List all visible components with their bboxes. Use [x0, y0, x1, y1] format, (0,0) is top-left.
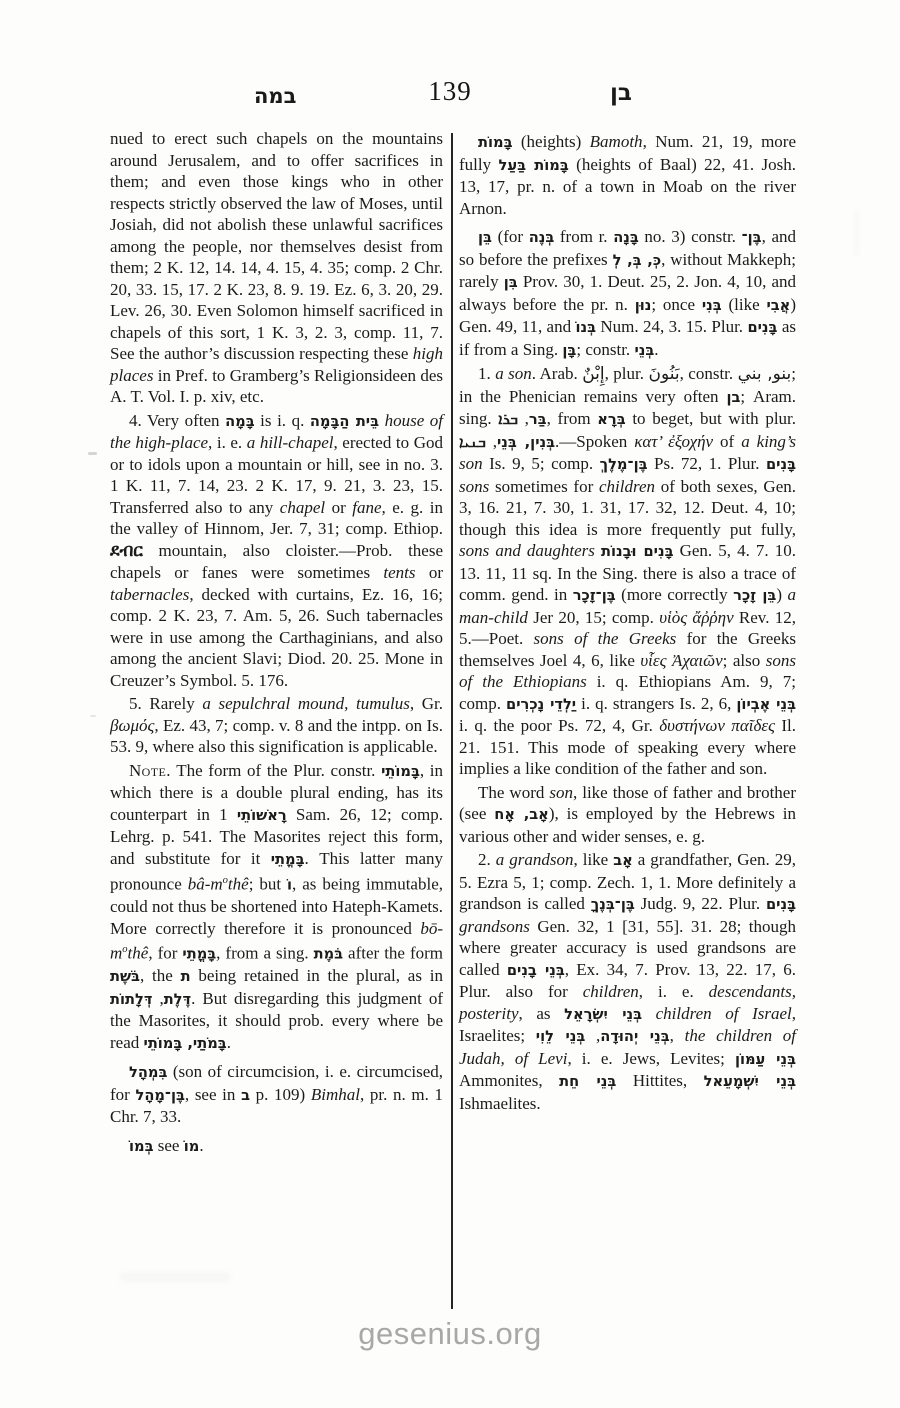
text-run: בְּנֵי חֵת — [559, 1073, 616, 1090]
text-run: בִּן — [504, 274, 518, 291]
text-run: grandsons — [459, 917, 530, 936]
text-run: בֶּן־זָכָר — [573, 587, 616, 604]
text-run: , i. e. — [208, 433, 247, 452]
text-run: , plur. — [605, 364, 649, 383]
text-run: , — [486, 432, 497, 451]
text-run: בְּרָא — [597, 411, 625, 428]
text-run: υἷες Ἀχαιῶν — [640, 651, 722, 670]
text-run: בְּנֶה — [529, 229, 555, 246]
text-run: בְּנֵי לֵוִי — [536, 1028, 586, 1045]
text-run: דֶּלֶת — [164, 991, 191, 1008]
text-run — [642, 1004, 656, 1023]
text-run: נוּן — [635, 297, 652, 314]
text-run: (more correctly — [616, 585, 733, 604]
text-run: , see in — [185, 1085, 241, 1104]
text-run: בֵּן — [478, 229, 492, 246]
text-run: , for — [148, 944, 182, 963]
text-run: i. q. the poor Ps. 72, 4, Gr. — [459, 716, 659, 735]
text-run: , i. e. Jews, Levites; — [567, 1049, 734, 1068]
entry-ben: בֵּן (for בְּנֶה from r. בָּנָה no. 3) c… — [459, 226, 796, 361]
text-run: κατ’ ἐξοχήν — [634, 432, 713, 451]
text-run: being retained in the plural, as in — [191, 966, 443, 985]
text-run: בֶּן־ — [742, 229, 762, 246]
text-run: בְּמוֹ — [129, 1138, 154, 1155]
text-run: ; also — [723, 651, 766, 670]
text-run: Note. — [129, 761, 171, 780]
text-run: , from a sing. — [216, 944, 313, 963]
entry-bemo-crossref: בְּמוֹ see מוֹ. — [110, 1135, 443, 1158]
text-run: children — [599, 477, 655, 496]
text-run: , like — [573, 850, 613, 869]
text-run: אֲבִי — [766, 297, 790, 314]
text-run: כְּ, בְּ, לְ — [613, 252, 662, 269]
scan-artifact — [855, 210, 858, 256]
text-run: ב — [241, 1087, 250, 1104]
text-run: בָּמוֹת — [478, 134, 512, 151]
text-run: בֹּמֶת — [314, 946, 343, 963]
text-run: (heights) — [512, 132, 589, 151]
text-run: , from — [547, 409, 598, 428]
text-run: bâ-m — [188, 875, 223, 894]
text-run: . — [227, 1033, 231, 1052]
text-run: בִּמְהָל — [129, 1064, 167, 1081]
text-run: see — [154, 1136, 184, 1155]
text-run: בְּנֵי בָנִים — [507, 962, 565, 979]
text-run: i. q. strangers Is. 2, 6, — [576, 694, 736, 713]
text-run: ; once — [651, 295, 701, 314]
running-head-right-hebrew: בן — [610, 80, 632, 106]
text-run: إِبْنٌ — [582, 364, 604, 384]
text-run: δυστήνων παῖδες — [659, 716, 775, 735]
note-plural-construct: Note. The form of the Plur. constr. בָּמ… — [110, 760, 443, 1055]
text-run: אָב — [613, 852, 633, 869]
text-run: tents — [383, 563, 415, 582]
text-run: יַלְדֵי נָכְרִים — [506, 696, 576, 713]
text-run: ; constr. — [576, 340, 634, 359]
text-run: דְּלָתוֹת — [110, 991, 152, 1008]
scanned-dictionary-page: במה 139 בן nued to erect such chapels on… — [0, 0, 900, 1408]
text-run: בֶּן־מֶלֶךְ — [600, 456, 648, 473]
text-run: no. 3) constr. — [639, 227, 742, 246]
scan-artifact — [88, 452, 97, 455]
text-run: Bimhal — [311, 1085, 360, 1104]
text-run: בָּנִים — [766, 896, 796, 913]
text-run: בָּמֹתַי, בָּמוֹתֵי — [144, 1035, 227, 1052]
text-run: thê — [228, 875, 249, 894]
column-divider-rule — [451, 133, 453, 1309]
text-run: 2. — [478, 850, 496, 869]
text-run: בָּמֳתֵי — [182, 946, 216, 963]
text-run: ) — [776, 585, 787, 604]
text-run: בָּמוֹת בַּעַל — [499, 157, 569, 174]
scan-artifact — [90, 715, 96, 717]
text-run: after the form — [343, 944, 443, 963]
text-run: , — [518, 409, 529, 428]
text-run: בְּנֵי — [634, 342, 654, 359]
text-run: , — [670, 1026, 685, 1045]
text-run: بَنُونَ — [648, 364, 679, 384]
text-run: בְּנוֹ — [575, 319, 596, 336]
text-run: בְּנִין, בְּנֵי — [497, 434, 555, 451]
sense-5-bamah: 5. Rarely a sepulchral mound, tumulus, G… — [110, 693, 443, 758]
text-run: בָּנָה — [613, 229, 639, 246]
text-run: , i. e. — [639, 982, 709, 1001]
text-run: بنو, بني — [738, 364, 792, 384]
text-run: בָּנִים — [747, 319, 777, 336]
text-run: tabernacles — [110, 585, 189, 604]
text-run: fane — [352, 498, 381, 517]
paragraph-bamah-continuation: nued to erect such chapels on the mounta… — [110, 128, 443, 408]
text-run: of — [713, 432, 741, 451]
text-run: , the — [140, 966, 181, 985]
text-run: sons and daughters — [459, 541, 595, 560]
text-run: Jer 20, 15; comp. — [528, 608, 659, 627]
text-run: 1. — [478, 364, 495, 383]
text-run: . Arab. — [532, 364, 582, 383]
text-run: children — [583, 982, 639, 1001]
text-run: (for — [492, 227, 529, 246]
text-run: ܒܪܐ — [498, 410, 518, 428]
text-run: בָּמוֹתֵי — [381, 763, 420, 780]
text-run: nued to erect such chapels on the mounta… — [110, 129, 443, 363]
text-run: בֹּשֶׁת — [110, 968, 140, 985]
text-run: thê — [128, 944, 149, 963]
text-run: בן — [726, 389, 740, 406]
text-run: a grandson — [496, 850, 574, 869]
text-run: אָב, אָח — [494, 806, 549, 823]
text-run: בְּנִי — [702, 297, 722, 314]
text-run: from r. — [554, 227, 613, 246]
text-run: . — [199, 1136, 203, 1155]
text-run: is i. q. — [255, 411, 310, 430]
scan-artifact — [120, 1272, 230, 1282]
text-run: The word — [478, 783, 549, 802]
entry-bimhal: בִּמְהָל (son of circumcision, i. e. cir… — [110, 1061, 443, 1128]
text-run: The form of the Plur. constr. — [171, 761, 381, 780]
text-run: בֶּן־בְּנֶךָ — [591, 896, 635, 913]
text-run: son — [549, 783, 573, 802]
text-run: , Gr. — [410, 694, 443, 713]
text-run: sons — [459, 477, 489, 496]
text-run: בְּנֵי יִשְׁמָעֵאל — [704, 1073, 796, 1090]
text-run: sometimes for — [489, 477, 599, 496]
sense-2-grandson: 2. a grandson, like אָב a grandfather, G… — [459, 849, 796, 1114]
text-run: בְּנֵי יִשְׂרָאֵל — [564, 1006, 642, 1023]
text-run: בָּמָה — [225, 413, 255, 430]
text-run: a sepulchral mound, tumulus — [202, 694, 410, 713]
text-run: (like — [722, 295, 767, 314]
text-run: Is. 9, 5; comp. — [483, 454, 600, 473]
text-run: ; but — [249, 875, 287, 894]
text-run: Hittites, — [616, 1071, 703, 1090]
text-run: בֵּית הַבָּמָה — [310, 413, 379, 430]
page-number: 139 — [0, 76, 900, 107]
text-run: a son — [495, 364, 532, 383]
text-run: Ishmaelites. — [459, 1094, 541, 1113]
entry-bamoth: בָּמוֹת (heights) Bamoth, Num. 21, 19, m… — [459, 131, 796, 219]
text-run: children of Israel — [656, 1004, 792, 1023]
text-run: ደብር — [110, 541, 143, 561]
text-run: בַּר — [529, 411, 547, 428]
text-run: to beget, but with plur. — [626, 409, 796, 428]
text-run: βωμός — [110, 716, 154, 735]
text-run: 4. Very often — [129, 411, 225, 430]
text-run: Bamoth — [590, 132, 643, 151]
text-run: ת — [181, 968, 191, 985]
text-run: sons of the Greeks — [534, 629, 677, 648]
text-run: .—Spoken — [555, 432, 634, 451]
text-run: , Ez. 43, 7; comp. v. 8 and the intpp. o… — [110, 716, 443, 757]
gesenius-org-watermark: gesenius.org — [0, 1316, 900, 1352]
text-run: or — [325, 498, 352, 517]
text-run: בְּנֵי עַמּוֹן — [735, 1051, 796, 1068]
text-run: 5. Rarely — [129, 694, 202, 713]
right-column: בָּמוֹת (heights) Bamoth, Num. 21, 19, m… — [459, 131, 796, 1114]
text-run: a hill-chapel — [247, 433, 334, 452]
text-run: בְּנֵי יְהוּדָה — [600, 1028, 669, 1045]
paragraph-word-son-usage: The word son, like those of father and b… — [459, 782, 796, 848]
text-run: רָאשׁוֹתֵי — [237, 807, 287, 824]
text-run: p. 109) — [250, 1085, 311, 1104]
text-run: בָּנִים וּבָנוֹת — [601, 543, 673, 560]
text-run: in Pref. to Gramberg’s Religionsideen de… — [110, 366, 443, 407]
text-run: בֵּן זָכָר — [733, 587, 776, 604]
text-run: υἱὸς ἄῤῥην — [659, 608, 733, 627]
text-run: chapel — [280, 498, 325, 517]
text-run: בְּנֵי אֶבְיוֹן — [736, 696, 796, 713]
text-run: בָּנִים — [766, 456, 796, 473]
text-run: בָּמֳתֵי — [271, 851, 305, 868]
text-run: , constr. — [680, 364, 738, 383]
text-run: בֶּן־מָהָל — [135, 1087, 184, 1104]
text-run: מוֹ — [184, 1138, 200, 1155]
text-run: בָּן — [562, 342, 576, 359]
text-run: Ps. 72, 1. Plur. — [648, 454, 766, 473]
text-run: . — [654, 340, 658, 359]
left-column: nued to erect such chapels on the mounta… — [110, 128, 443, 1157]
sense-4-bamah: 4. Very often בָּמָה is i. q. בֵּית הַבָ… — [110, 410, 443, 692]
text-run: Num. 24, 3. 15. Plur. — [596, 317, 747, 336]
text-run: Judg. 9, 22. Plur. — [635, 894, 766, 913]
text-run: , — [585, 1026, 600, 1045]
text-run: ܒܢܝܐ — [459, 433, 486, 451]
text-run: Ammonites, — [459, 1071, 559, 1090]
text-run: or — [416, 563, 444, 582]
sense-1-a-son: 1. a son. Arab. إِبْنٌ, plur. بَنُونَ, c… — [459, 363, 796, 780]
text-run: , — [152, 989, 163, 1008]
text-run: , as — [519, 1004, 565, 1023]
